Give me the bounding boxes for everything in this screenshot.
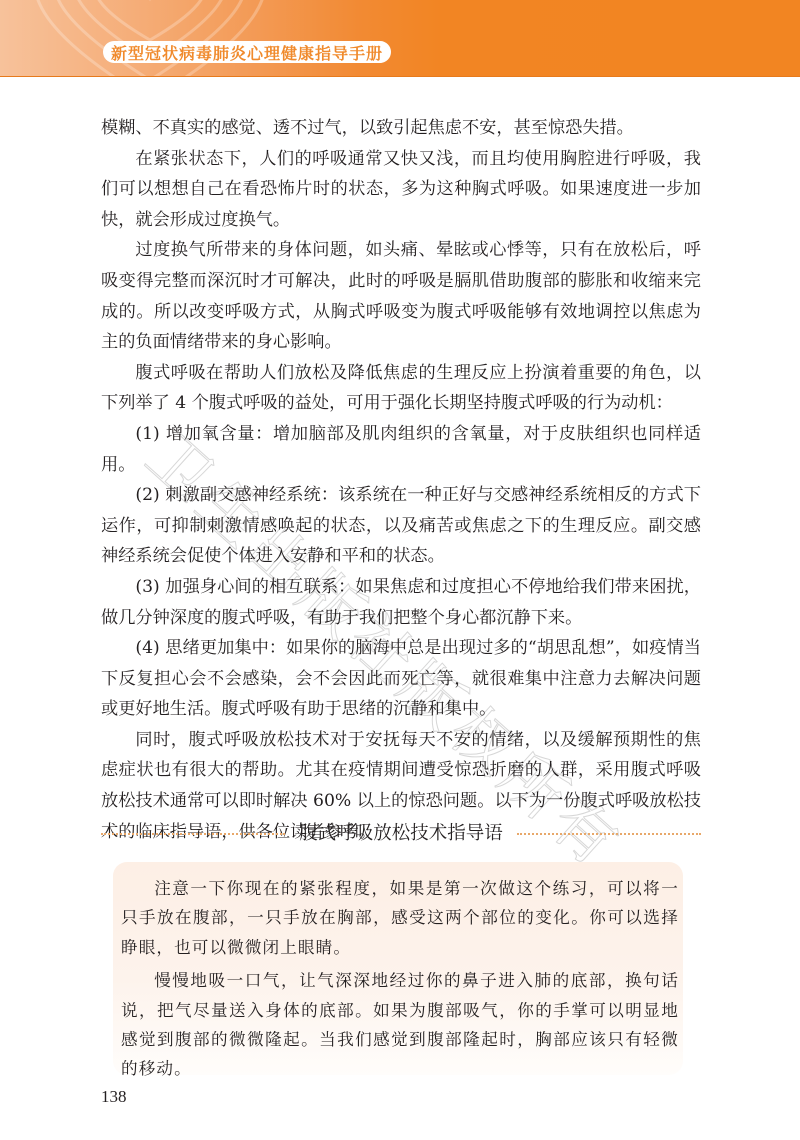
- paragraph-chest-breathing: 在紧张状态下，人们的呼吸通常又快又浅，而且均使用胸腔进行呼吸，我们可以想想自己在…: [101, 144, 701, 236]
- benefit-item-4: (4) 思绪更加集中：如果你的脑海中总是出现过多的“胡思乱想”，如疫情当下反复担…: [101, 633, 701, 725]
- main-body-text: 模糊、不真实的感觉、透不过气，以致引起焦虑不安，甚至惊恐失措。 在紧张状态下，人…: [101, 113, 701, 847]
- benefit-item-3: (3) 加强身心间的相互联系：如果焦虑和过度担心不停地给我们带来困扰，做几分钟深…: [101, 572, 701, 633]
- paragraph-continuation: 模糊、不真实的感觉、透不过气，以致引起焦虑不安，甚至惊恐失措。: [101, 113, 701, 144]
- heart-rings-decoration: [0, 0, 310, 77]
- section-heading: 腹式呼吸放松技术指导语: [101, 817, 701, 847]
- instruction-paragraph-1: 注意一下你现在的紧张程度，如果是第一次做这个练习，可以将一只手放在腹部，一只手放…: [121, 874, 679, 962]
- paragraph-hyperventilation: 过度换气所带来的身体问题，如头痛、晕眩或心悸等，只有在放松后，呼吸变得完整而深沉…: [101, 235, 701, 357]
- book-title: 新型冠状病毒肺炎心理健康指导手册: [111, 41, 383, 64]
- instruction-paragraph-2: 慢慢地吸一口气，让气深深地经过你的鼻子进入肺的底部，换句话说，把气尽量送入身体的…: [121, 966, 679, 1084]
- paragraph-abdominal-breathing-intro: 腹式呼吸在帮助人们放松及降低焦虑的生理反应上扮演着重要的角色，以下列举了 4 个…: [101, 358, 701, 419]
- benefit-item-2: (2) 刺激副交感神经系统：该系统在一种正好与交感神经系统相反的方式下运作，可抑…: [101, 480, 701, 572]
- benefit-item-1: (1) 增加氧含量：增加脑部及肌肉组织的含氧量，对于皮肤组织也同样适用。: [101, 419, 701, 480]
- dotted-divider-left: [101, 833, 285, 835]
- instruction-text: 注意一下你现在的紧张程度，如果是第一次做这个练习，可以将一只手放在腹部，一只手放…: [121, 874, 679, 1088]
- page-header-banner: 新型冠状病毒肺炎心理健康指导手册: [0, 0, 800, 77]
- page-number: 138: [101, 1087, 127, 1107]
- book-title-badge: 新型冠状病毒肺炎心理健康指导手册: [103, 41, 391, 63]
- section-heading-text: 腹式呼吸放松技术指导语: [285, 819, 517, 845]
- dotted-divider-right: [517, 833, 701, 835]
